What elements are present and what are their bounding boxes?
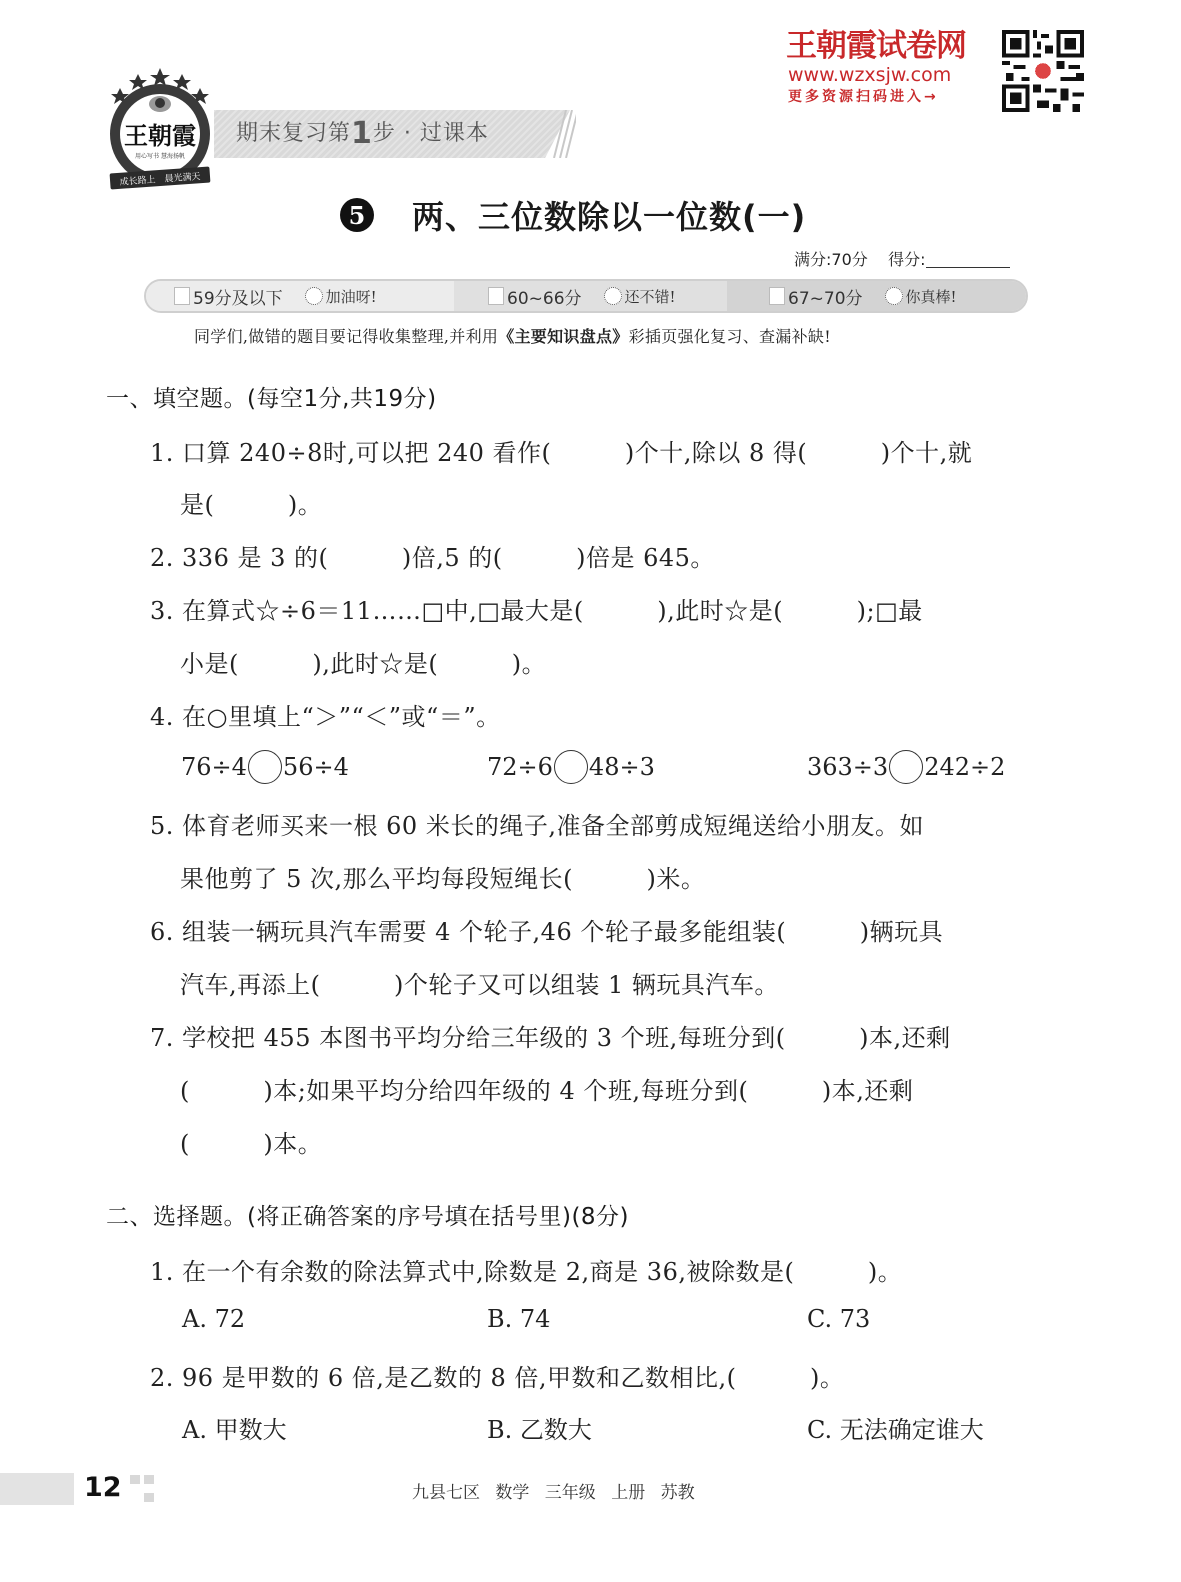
banner-prefix: 期末复习第 (236, 121, 351, 146)
banner-title: 期末复习第1步 · 过课本 (236, 116, 489, 151)
question-7-line-2: ( )本;如果平均分给四年级的 4 个班,每班分到( )本,还剩 (180, 1071, 913, 1106)
expr-left: 363÷3 (807, 753, 888, 781)
compare-circle-blank[interactable] (554, 750, 588, 784)
rating-comment: 加油呀! (326, 286, 377, 307)
score-line: 满分:70分 得分: (794, 247, 1010, 270)
expr-right: 242÷2 (924, 753, 1005, 781)
compare-circle-blank[interactable] (889, 750, 923, 784)
rating-band: 59分及以下 加油呀! 60~66分 还不错! 67~70分 你真棒! (144, 279, 1028, 313)
footer-book-info: 九县七区 数学 三年级 上册 苏教 (412, 1478, 695, 1503)
lesson-title-text: 两、三位数除以一位数(一) (412, 192, 806, 238)
rating-range: 60~66分 (507, 284, 582, 309)
question-5-line-1: 5. 体育老师买来一根 60 米长的绳子,准备全部剪成短绳送给小朋友。如 (150, 806, 924, 841)
question-1-line-2: 是( )。 (180, 485, 322, 520)
question-6-line-2: 汽车,再添上( )个轮子又可以组装 1 辆玩具汽车。 (180, 965, 779, 1000)
expr-left: 76÷4 (181, 753, 247, 781)
question-3-line-1: 3. 在算式☆÷6＝11……□中,□最大是( ),此时☆是( );□最 (150, 591, 923, 626)
question-6-line-1: 6. 组装一辆玩具汽车需要 4 个轮子,46 个轮子最多能组装( )辆玩具 (150, 912, 943, 947)
choice-2-option-c[interactable]: C. 无法确定谁大 (807, 1410, 984, 1445)
smiley-face-icon (305, 287, 323, 305)
section-2-title: 二、选择题。(将正确答案的序号填在括号里)(8分) (106, 1198, 629, 1231)
rating-checkbox[interactable] (769, 287, 785, 305)
review-notice: 同学们,做错的题目要记得收集整理,并利用《主要知识盘点》彩插页强化复习、查漏补缺… (194, 324, 831, 347)
full-score-label: 满分:70分 (794, 250, 868, 269)
choice-question-1-stem: 1. 在一个有余数的除法算式中,除数是 2,商是 36,被除数是( )。 (150, 1252, 902, 1287)
svg-text:王朝霞: 王朝霞 (124, 121, 196, 150)
question-1-line-1: 1. 口算 240÷8时,可以把 240 看作( )个十,除以 8 得( )个十… (150, 433, 972, 468)
rating-tier-low: 59分及以下 加油呀! (146, 281, 471, 311)
svg-text:用心写书 慧海扬帆: 用心写书 慧海扬帆 (135, 152, 185, 160)
brand-url[interactable]: www.wzxsjw.com (788, 64, 996, 86)
compare-expression-2: 72÷6 48÷3 (487, 750, 655, 784)
rating-checkbox[interactable] (488, 287, 504, 305)
question-4-line-1: 4. 在○里填上“＞”“＜”或“＝”。 (150, 697, 501, 732)
question-5-line-2: 果他剪了 5 次,那么平均每段短绳长( )米。 (180, 859, 705, 894)
lesson-number-badge: 5 (340, 198, 374, 232)
rating-comment: 还不错! (625, 286, 676, 307)
banner-step-number: 1 (351, 116, 373, 151)
got-score-label: 得分: (888, 250, 925, 269)
compare-expression-3: 363÷3 242÷2 (807, 750, 1005, 784)
page-number: 12 (84, 1472, 122, 1503)
question-7-line-1: 7. 学校把 455 本图书平均分给三年级的 3 个班,每班分到( )本,还剩 (150, 1018, 951, 1053)
smiley-face-icon (885, 287, 903, 305)
choice-question-2-stem: 2. 96 是甲数的 6 倍,是乙数的 8 倍,甲数和乙数相比,( )。 (150, 1358, 844, 1393)
notice-text-end: 彩插页强化复习、查漏补缺! (629, 327, 831, 346)
rating-tier-mid: 60~66分 还不错! (454, 281, 744, 311)
lesson-title: 5 两、三位数除以一位数(一) (340, 192, 806, 238)
choice-1-option-a[interactable]: A. 72 (182, 1305, 245, 1333)
question-7-line-3: ( )本。 (180, 1124, 322, 1159)
question-2-line-1: 2. 336 是 3 的( )倍,5 的( )倍是 645。 (150, 538, 715, 573)
rating-range: 59分及以下 (193, 284, 283, 309)
notice-text: 同学们,做错的题目要记得收集整理,并利用 (194, 327, 498, 346)
choice-2-option-a[interactable]: A. 甲数大 (182, 1410, 287, 1445)
rating-tier-high: 67~70分 你真棒! (727, 281, 1026, 311)
choice-1-option-b[interactable]: B. 74 (487, 1305, 550, 1333)
notice-highlight: 《主要知识盘点》 (498, 327, 628, 346)
expr-right: 48÷3 (589, 753, 655, 781)
section-1-title: 一、填空题。(每空1分,共19分) (106, 380, 437, 413)
score-blank-field[interactable] (926, 252, 1010, 268)
compare-circle-blank[interactable] (248, 750, 282, 784)
expr-right: 56÷4 (283, 753, 349, 781)
choice-2-option-b[interactable]: B. 乙数大 (487, 1410, 592, 1445)
qr-code-icon[interactable] (1002, 30, 1084, 112)
brand-more-resources: 更多资源扫码进入→ (788, 86, 996, 108)
rating-range: 67~70分 (788, 284, 863, 309)
wangzhaoxia-logo-badge: 王朝霞 用心写书 慧海扬帆 成长路上 晨光满天 (104, 66, 216, 190)
rating-checkbox[interactable] (174, 287, 190, 305)
banner-suffix: 步 · 过课本 (373, 121, 489, 146)
compare-expression-1: 76÷4 56÷4 (181, 750, 349, 784)
question-3-line-2: 小是( ),此时☆是( )。 (180, 644, 546, 679)
smiley-face-icon (604, 287, 622, 305)
banner-stripes-decoration (536, 110, 576, 158)
choice-1-option-c[interactable]: C. 73 (807, 1305, 870, 1333)
rating-comment: 你真棒! (906, 286, 957, 307)
page-number-bar (0, 1473, 74, 1505)
brand-block: 王朝霞试卷网 www.wzxsjw.com 更多资源扫码进入→ (786, 28, 996, 108)
page-corner-decoration (130, 1475, 156, 1505)
brand-name: 王朝霞试卷网 (786, 28, 996, 64)
expr-left: 72÷6 (487, 753, 553, 781)
